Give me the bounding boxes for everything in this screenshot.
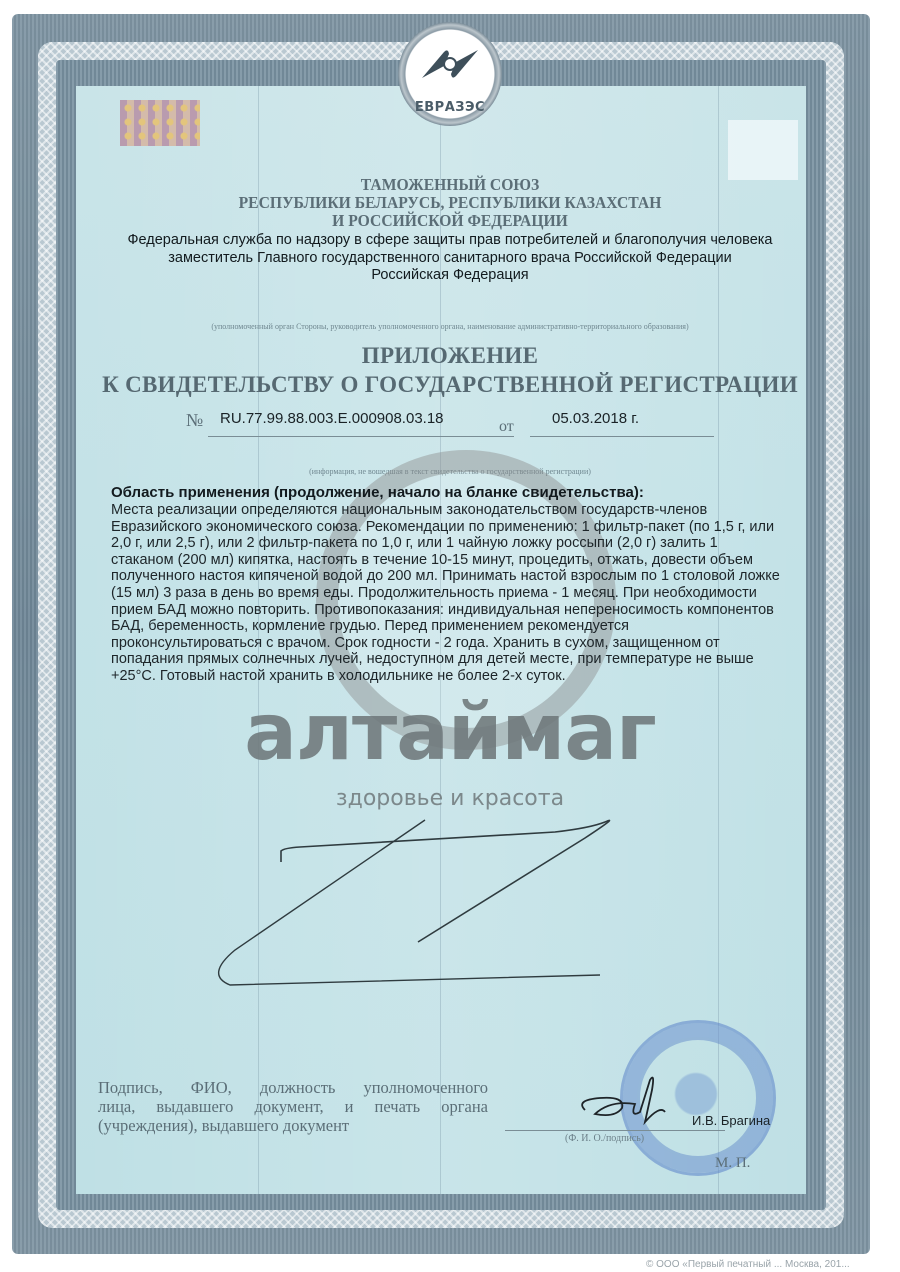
- fio-caption: (Ф. И. О./подпись): [565, 1133, 644, 1144]
- official-name: И.В. Брагина: [692, 1113, 770, 1128]
- seal-label: М. П.: [715, 1155, 750, 1172]
- fio-underline: [505, 1130, 725, 1131]
- printer-fine-print: © ООО «Первый печатный ... Москва, 201..…: [646, 1259, 850, 1270]
- handwritten-signature: [0, 0, 900, 1272]
